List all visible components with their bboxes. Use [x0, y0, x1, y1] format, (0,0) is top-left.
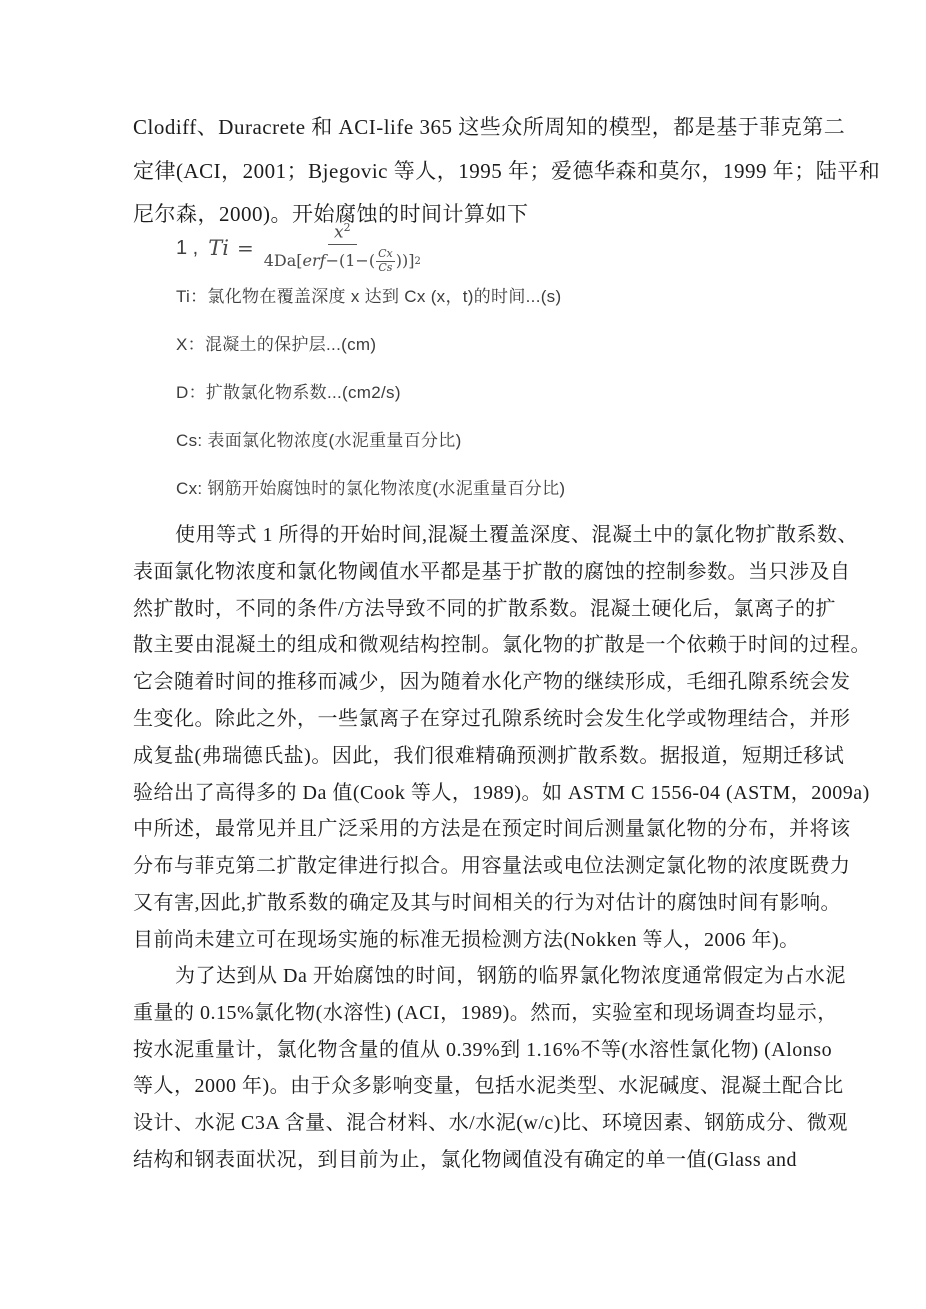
definition-Ti: Ti：氯化物在覆盖深度 x 达到 Cx (x，t)的时间...(s) [176, 273, 796, 321]
text-line: 分布与菲克第二扩散定律进行拟合。用容量法或电位法测定氯化物的浓度既费力 [133, 848, 813, 885]
text-line: Clodiff、Duracrete 和 ACI-life 365 这些众所周知的… [133, 106, 813, 150]
fraction-denominator: 4Da[erf−(1−(CxCs))]2 [264, 245, 421, 274]
document-page: Clodiff、Duracrete 和 ACI-life 365 这些众所周知的… [0, 0, 926, 1309]
variable-definitions: Ti：氯化物在覆盖深度 x 达到 Cx (x，t)的时间...(s) X：混凝土… [176, 273, 796, 513]
equals-sign: = [237, 236, 254, 260]
text-line: 成复盐(弗瑞德氏盐)。因此，我们很难精确预测扩散系数。据报道，短期迁移试 [133, 738, 813, 775]
text-line: 结构和钢表面状况，到目前为止，氯化物阈值没有确定的单一值(Glass and [133, 1142, 813, 1179]
equation-1: 1 , Ti = x2 4Da[erf−(1−(CxCs))]2 [176, 220, 421, 276]
text-line: 表面氯化物浓度和氯化物阈值水平都是基于扩散的腐蚀的控制参数。当只涉及自 [133, 554, 813, 591]
text-line: 重量的 0.15%氯化物(水溶性) (ACI，1989)。然而，实验室和现场调查… [133, 995, 813, 1032]
inner-fraction: CxCs [376, 248, 395, 274]
text-line: 设计、水泥 C3A 含量、混合材料、水/水泥(w/c)比、环境因素、钢筋成分、微… [133, 1105, 813, 1142]
equation-lhs: Ti [208, 236, 229, 260]
text-line: 使用等式 1 所得的开始时间,混凝土覆盖深度、混凝土中的氯化物扩散系数、 [133, 517, 813, 554]
paragraph-intro: Clodiff、Duracrete 和 ACI-life 365 这些众所周知的… [133, 106, 813, 237]
definition-Cs: Cs: 表面氯化物浓度(水泥重量百分比) [176, 417, 796, 465]
fraction-numerator: x2 [328, 222, 357, 245]
text-line: 等人，2000 年)。由于众多影响变量，包括水泥类型、水泥碱度、混凝土配合比 [133, 1068, 813, 1105]
fraction: x2 4Da[erf−(1−(CxCs))]2 [264, 222, 421, 275]
paragraph-diffusion: 使用等式 1 所得的开始时间,混凝土覆盖深度、混凝土中的氯化物扩散系数、 表面氯… [133, 517, 813, 959]
text-line: 生变化。除此之外，一些氯离子在穿过孔隙系统时会发生化学或物理结合，并形 [133, 701, 813, 738]
definition-D: D：扩散氯化物系数...(cm2/s) [176, 369, 796, 417]
equation-number: 1 , [176, 237, 198, 260]
text-line: 散主要由混凝土的组成和微观结构控制。氯化物的扩散是一个依赖于时间的过程。 [133, 627, 813, 664]
text-line: 又有害,因此,扩散系数的确定及其与时间相关的行为对估计的腐蚀时间有影响。 [133, 885, 813, 922]
text-line: 然扩散时，不同的条件/方法导致不同的扩散系数。混凝土硬化后，氯离子的扩 [133, 591, 813, 628]
text-line: 定律(ACI，2001；Bjegovic 等人，1995 年；爱德华森和莫尔，1… [133, 150, 813, 194]
text-line: 验给出了高得多的 Da 值(Cook 等人，1989)。如 ASTM C 155… [133, 775, 813, 812]
definition-Cx: Cx: 钢筋开始腐蚀时的氯化物浓度(水泥重量百分比) [176, 465, 796, 513]
text-line: 目前尚未建立可在现场实施的标准无损检测方法(Nokken 等人，2006 年)。 [133, 922, 813, 959]
text-line: 中所述，最常见并且广泛采用的方法是在预定时间后测量氯化物的分布，并将该 [133, 811, 813, 848]
paragraph-threshold: 为了达到从 Da 开始腐蚀的时间，钢筋的临界氯化物浓度通常假定为占水泥 重量的 … [133, 958, 813, 1179]
text-line: 它会随着时间的推移而减少，因为随着水化产物的继续形成，毛细孔隙系统会发 [133, 664, 813, 701]
definition-X: X：混凝土的保护层...(cm) [176, 321, 796, 369]
text-line: 按水泥重量计，氯化物含量的值从 0.39%到 1.16%不等(水溶性氯化物) (… [133, 1032, 813, 1069]
text-line: 为了达到从 Da 开始腐蚀的时间，钢筋的临界氯化物浓度通常假定为占水泥 [133, 958, 813, 995]
